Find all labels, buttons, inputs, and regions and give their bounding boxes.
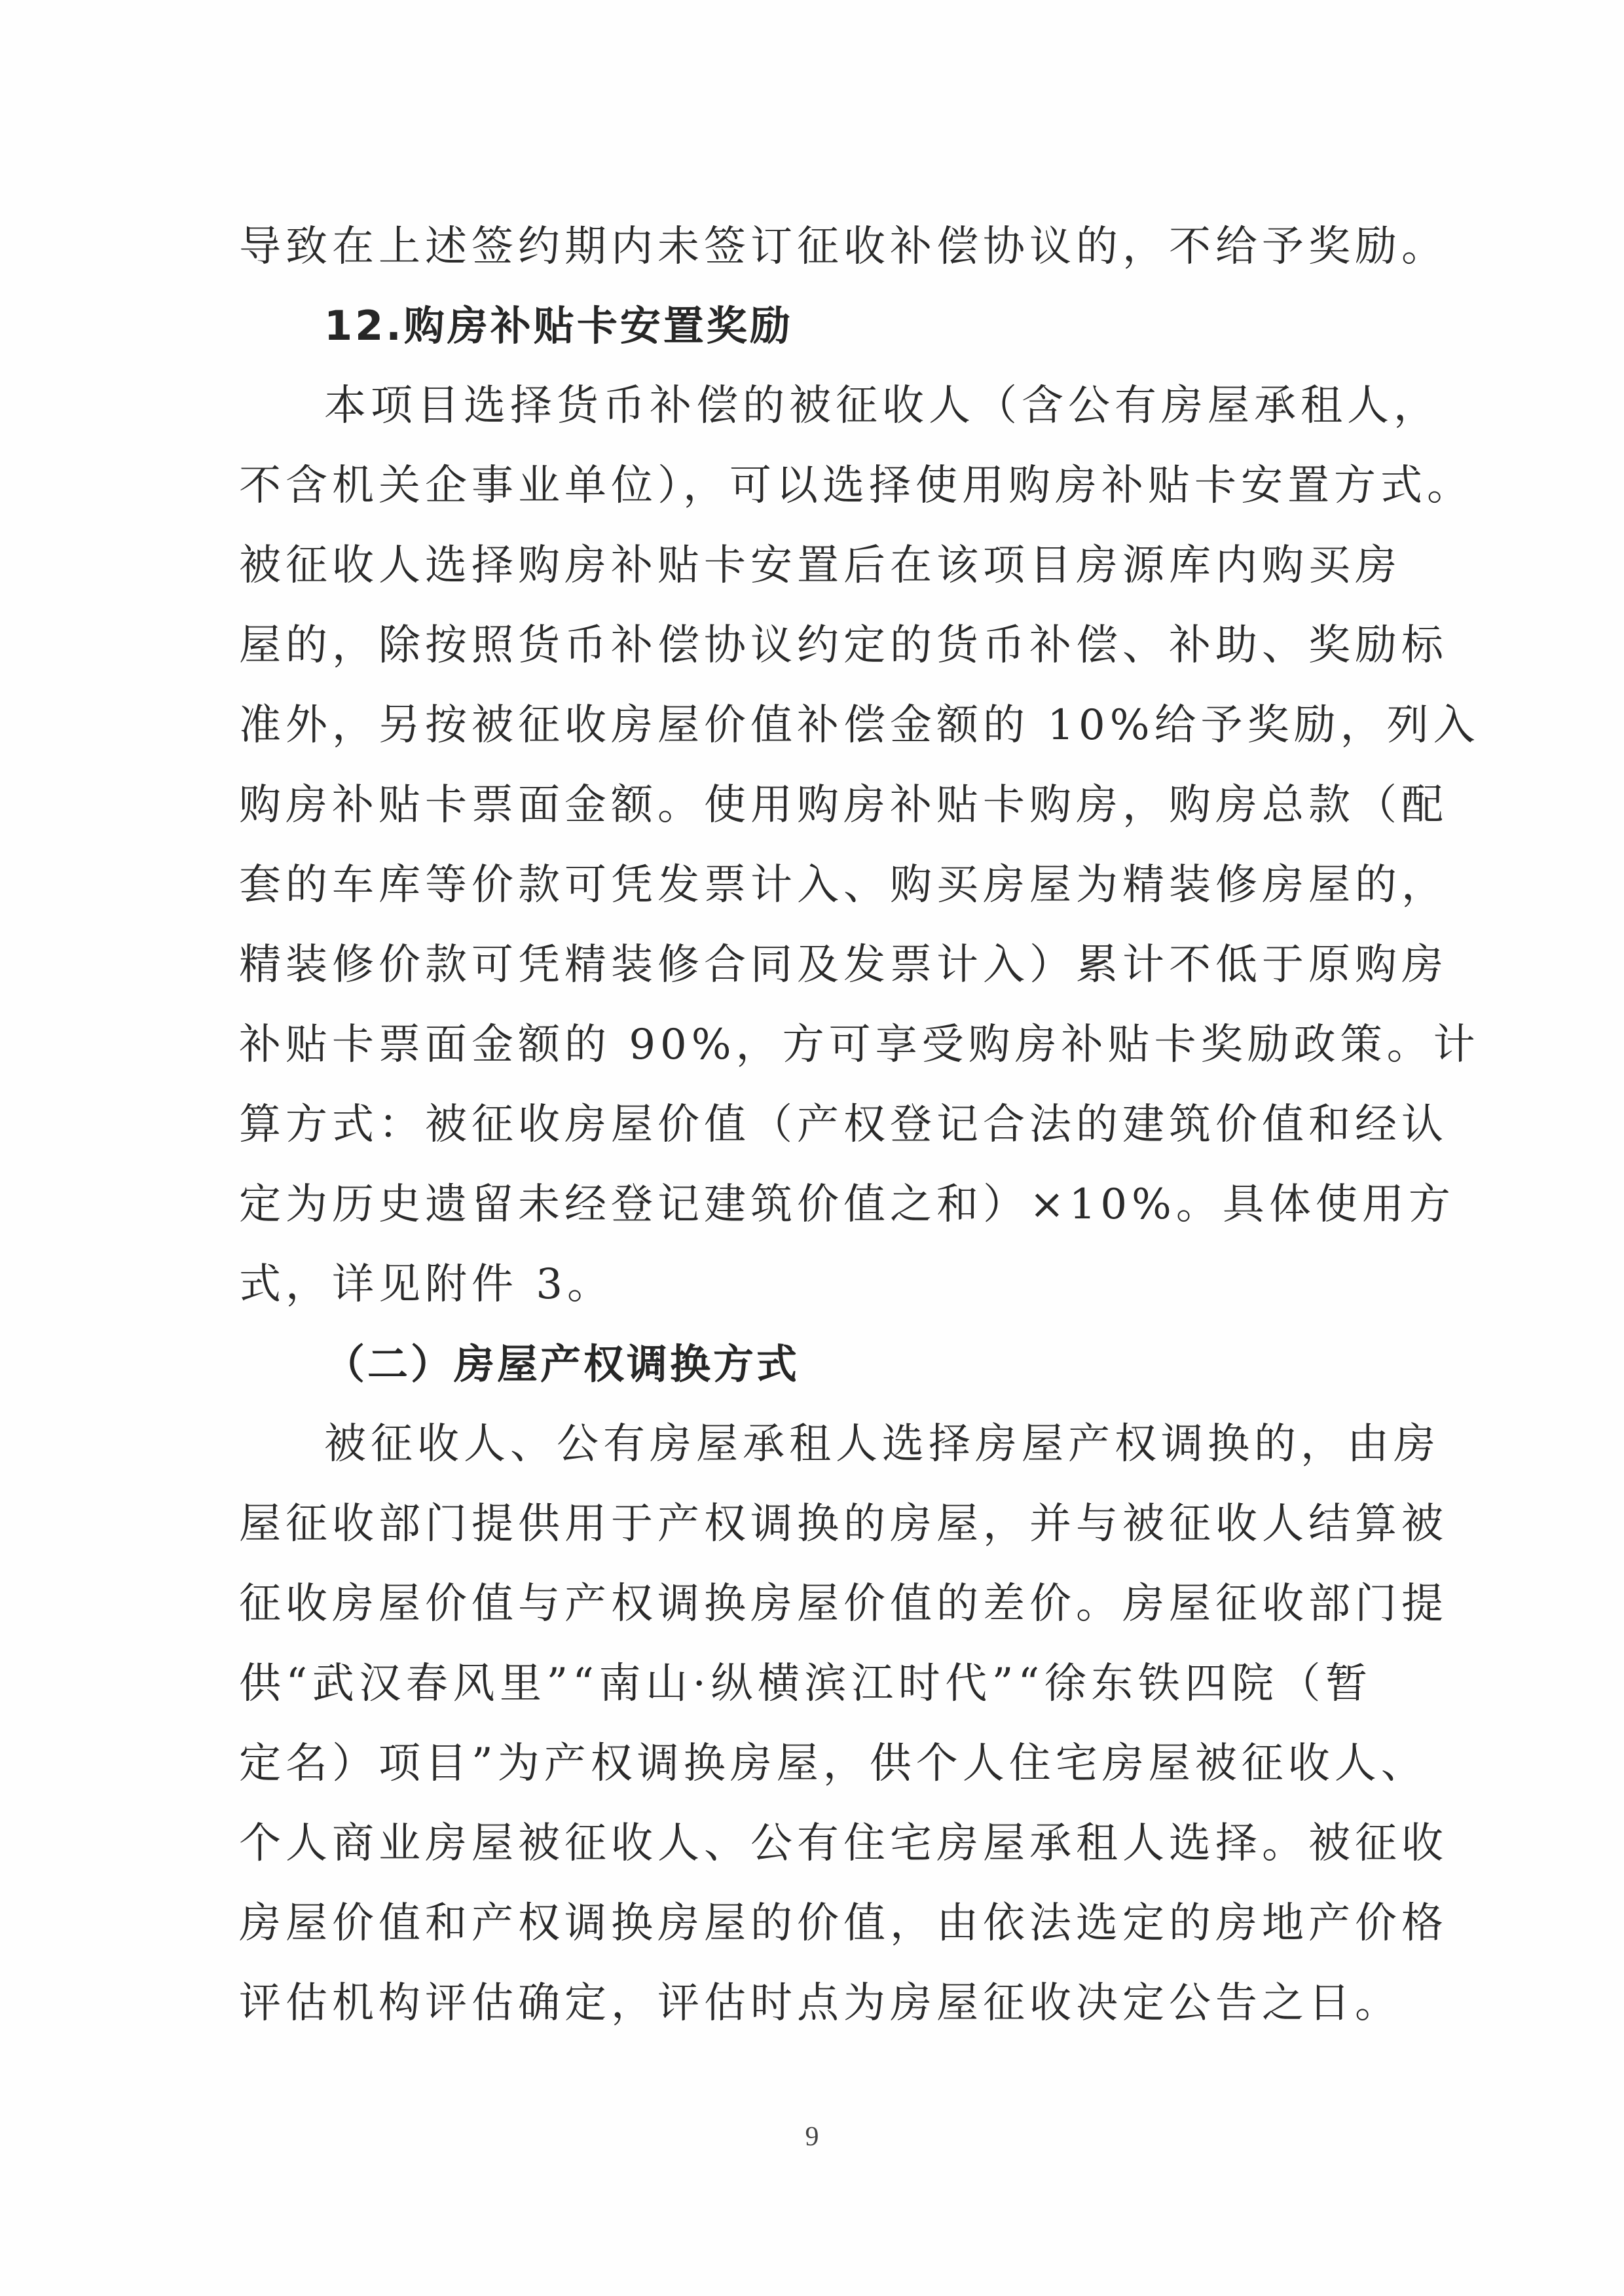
- paragraph-line: 个人商业房屋被征收人、公有住宅房屋承租人选择。被征收: [239, 1817, 1372, 1870]
- document-page: 导致在上述签约期内未签订征收补偿协议的，不给予奖励。 12.购房补贴卡安置奖励 …: [0, 0, 1624, 2296]
- paragraph-line: 被征收人选择购房补贴卡安置后在该项目房源库内购买房: [239, 539, 1372, 592]
- paragraph-line: 精装修价款可凭精装修合同及发票计入）累计不低于原购房: [239, 939, 1372, 991]
- paragraph-line: 准外，另按被征收房屋价值补偿金额的 10%给予奖励，列入: [239, 699, 1372, 752]
- paragraph-line: 征收房屋价值与产权调换房屋价值的差价。房屋征收部门提: [239, 1578, 1372, 1630]
- paragraph-line: 套的车库等价款可凭发票计入、购买房屋为精装修房屋的，: [239, 859, 1372, 911]
- paragraph-line: 房屋价值和产权调换房屋的价值，由依法选定的房地产价格: [239, 1897, 1372, 1950]
- paragraph-line: 评估机构评估确定，评估时点为房屋征收决定公告之日。: [239, 1977, 1372, 2030]
- intro-paragraph-line: 导致在上述签约期内未签订征收补偿协议的，不给予奖励。: [239, 221, 1372, 273]
- paragraph-line: 定名）项目”为产权调换房屋，供个人住宅房屋被征收人、: [239, 1738, 1372, 1790]
- section-12-heading: 12.购房补贴卡安置奖励: [324, 300, 793, 352]
- paragraph-line: 不含机关企事业单位），可以选择使用购房补贴卡安置方式。: [239, 460, 1372, 512]
- paragraph-line: 购房补贴卡票面金额。使用购房补贴卡购房，购房总款（配: [239, 779, 1372, 831]
- paragraph-line: 算方式：被征收房屋价值（产权登记合法的建筑价值和经认: [239, 1099, 1372, 1151]
- section-2-heading: （二）房屋产权调换方式: [324, 1338, 800, 1391]
- paragraph-line: 本项目选择货币补偿的被征收人（含公有房屋承租人，: [324, 380, 1372, 432]
- paragraph-line: 式，详见附件 3。: [239, 1258, 1372, 1311]
- paragraph-line: 屋征收部门提供用于产权调换的房屋，并与被征收人结算被: [239, 1498, 1372, 1550]
- page-number: 9: [0, 2121, 1624, 2153]
- paragraph-line: 供“武汉春风里”“南山·纵横滨江时代”“徐东铁四院（暂: [239, 1658, 1372, 1710]
- paragraph-line: 定为历史遗留未经登记建筑价值之和）×10%。具体使用方: [239, 1178, 1372, 1231]
- paragraph-line: 补贴卡票面金额的 90%，方可享受购房补贴卡奖励政策。计: [239, 1019, 1372, 1071]
- paragraph-line: 屋的，除按照货币补偿协议约定的货币补偿、补助、奖励标: [239, 619, 1372, 672]
- paragraph-line: 被征收人、公有房屋承租人选择房屋产权调换的，由房: [324, 1418, 1372, 1470]
